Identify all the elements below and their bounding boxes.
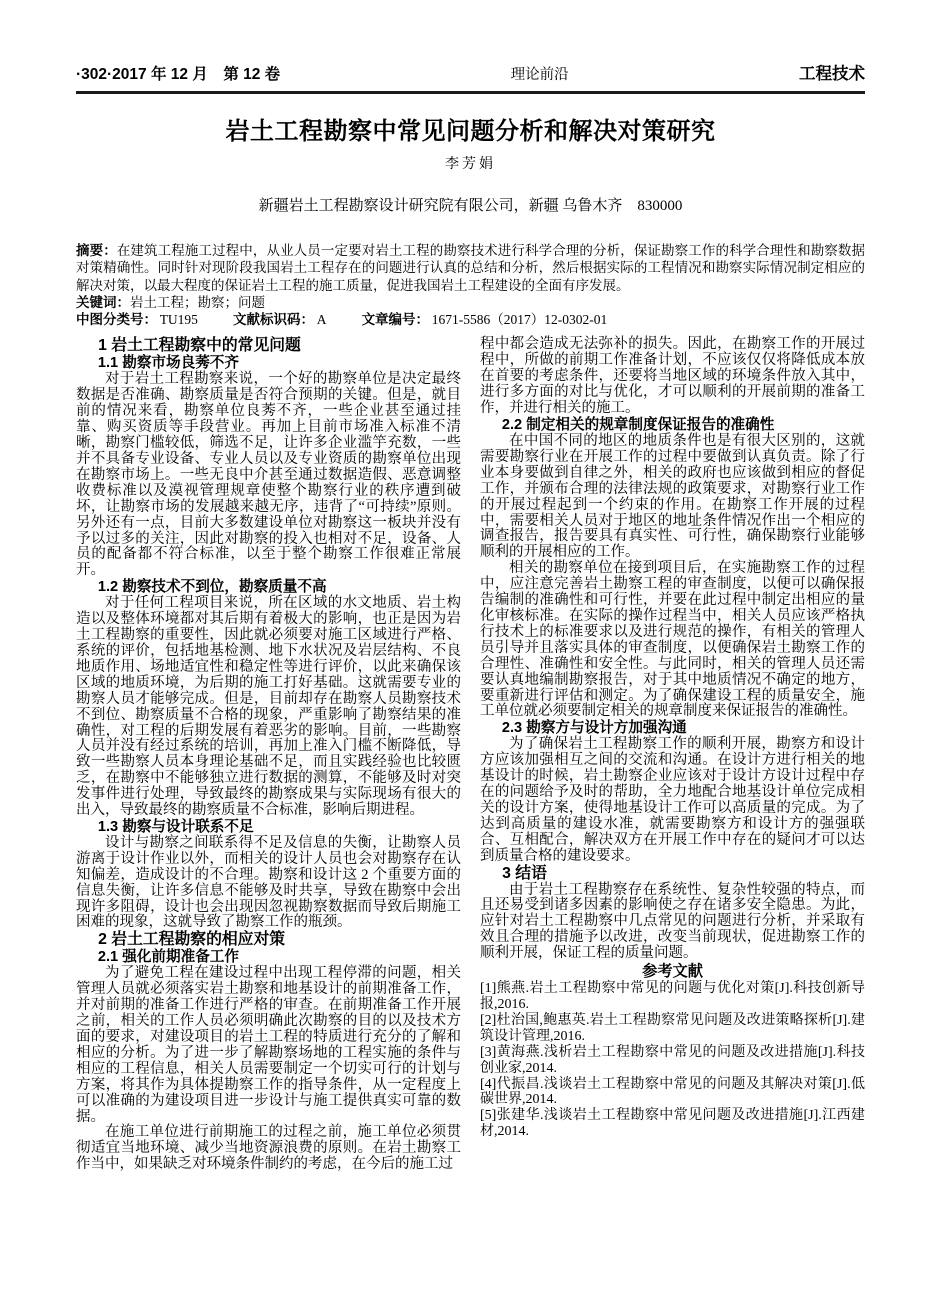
clc-value: TU195: [160, 312, 198, 327]
doc-code-value: A: [317, 312, 327, 327]
body-columns: 1 岩土工程勘察中的常见问题1.1 勘察市场良莠不齐对于岩土工程勘察来说，一个好…: [76, 337, 865, 1173]
keywords-label: 关键词：: [76, 295, 130, 310]
meta-line: 中图分类号：TU195文献标识码：A文章编号：1671-5586（2017）12…: [76, 311, 865, 328]
abstract-label: 摘要：: [76, 243, 117, 258]
abstract-text: 在建筑工程施工过程中，从业人员一定要对岩土工程的勘察技术进行科学合理的分析，保证…: [76, 243, 865, 293]
paragraph: 相关的勘察单位在接到项目后，在实施勘察工作的过程中，应注意完善岩土勘察工程的审查…: [480, 561, 865, 720]
subsection-heading: 1.1 勘察市场良莠不齐: [76, 355, 461, 372]
clc-label: 中图分类号：: [76, 312, 157, 327]
article-id-value: 1671-5586（2017）12-0302-01: [432, 312, 608, 327]
section-heading: 2 岩土工程勘察的相应对策: [76, 931, 461, 949]
doc-code-label: 文献标识码：: [233, 312, 314, 327]
affiliation: 新疆岩土工程勘察设计研究院有限公司，新疆 乌鲁木齐 830000: [76, 194, 865, 215]
section-heading: 1 岩土工程勘察中的常见问题: [76, 337, 461, 355]
reference-item: [4]代振昌.浅谈岩土工程勘察中常见的问题及其解决对策[J].低碳世界,2014…: [480, 1077, 865, 1109]
abstract: 摘要：在建筑工程施工过程中，从业人员一定要对岩土工程的勘察技术进行科学合理的分析…: [76, 242, 865, 294]
left-column: 1 岩土工程勘察中的常见问题1.1 勘察市场良莠不齐对于岩土工程勘察来说，一个好…: [76, 337, 461, 1173]
right-column: 程中都会造成无法弥补的损失。因此，在勘察工作的开展过程中，所做的前期工作准备计划…: [480, 337, 865, 1173]
subsection-heading: 2.3 勘察方与设计方加强沟通: [480, 720, 865, 737]
paragraph: 在施工单位进行前期施工的过程之前，施工单位必须贯彻适宜当地环境、减少当地资源浪费…: [76, 1125, 461, 1173]
reference-item: [3]黄海燕.浅析岩土工程勘察中常见的问题及改进措施[J].科技创业家,2014…: [480, 1045, 865, 1077]
references-heading: 参考文献: [480, 962, 865, 981]
subsection-heading: 1.3 勘察与设计联系不足: [76, 819, 461, 836]
page-volume-info: ·302·2017 年 12 月 第 12 卷: [76, 62, 280, 84]
paragraph: 对于岩土工程勘察来说，一个好的勘察单位是决定最终数据是否准确、勘察质量是否符合预…: [76, 372, 461, 579]
reference-item: [2]杜治国,鲍惠英.岩土工程勘察常见问题及改进策略探析[J].建筑设计管理,2…: [480, 1013, 865, 1045]
subsection-heading: 1.2 勘察技术不到位，勘察质量不高: [76, 579, 461, 596]
keywords-text: 岩土工程；勘察；问题: [130, 295, 265, 310]
paper-title: 岩土工程勘察中常见问题分析和解决对策研究: [76, 111, 865, 146]
author-name: 李芳娟: [76, 153, 865, 173]
paper-page: ·302·2017 年 12 月 第 12 卷 理论前沿 工程技术 岩土工程勘察…: [0, 0, 926, 1309]
paragraph: 为了确保岩土工程勘察工作的顺利开展，勘察方和设计方应该加强相互之间的交流和沟通。…: [480, 737, 865, 864]
paragraph: 由于岩土工程勘察存在系统性、复杂性较强的特点，而且还易受到诸多因素的影响使之存在…: [480, 883, 865, 963]
paragraph: 为了避免工程在建设过程中出现工程停滞的问题，相关管理人员就必须落实岩土勘察和地基…: [76, 966, 461, 1125]
article-id-label: 文章编号：: [362, 312, 430, 327]
reference-item: [1]熊燕.岩土工程勘察中常见的问题与优化对策[J].科技创新导报,2016.: [480, 981, 865, 1013]
column-section-title: 理论前沿: [511, 63, 569, 84]
abstract-block: 摘要：在建筑工程施工过程中，从业人员一定要对岩土工程的勘察技术进行科学合理的分析…: [76, 242, 865, 328]
paragraph-continuation: 程中都会造成无法弥补的损失。因此，在勘察工作的开展过程中，所做的前期工作准备计划…: [480, 337, 865, 417]
subsection-heading: 2.2 制定相关的规章制度保证报告的准确性: [480, 417, 865, 434]
paragraph: 在中国不同的地区的地质条件也是有很大区别的，这就需要勘察行业在开展工作的过程中要…: [480, 434, 865, 561]
journal-section: 工程技术: [799, 60, 865, 84]
paragraph: 设计与勘察之间联系得不足及信息的失衡，让勘察人员游离于设计作业以外，而相关的设计…: [76, 836, 461, 931]
section-heading: 3 结语: [480, 865, 865, 883]
keywords: 关键词：岩土工程；勘察；问题: [76, 294, 865, 311]
paragraph: 对于任何工程项目来说，所在区域的水文地质、岩土构造以及整体环境都对其后期有着极大…: [76, 596, 461, 819]
reference-item: [5]张建华.浅谈岩土工程勘察中常见问题及改进措施[J].江西建材,2014.: [480, 1108, 865, 1140]
running-head: ·302·2017 年 12 月 第 12 卷 理论前沿 工程技术: [76, 60, 865, 94]
subsection-heading: 2.1 强化前期准备工作: [76, 949, 461, 966]
